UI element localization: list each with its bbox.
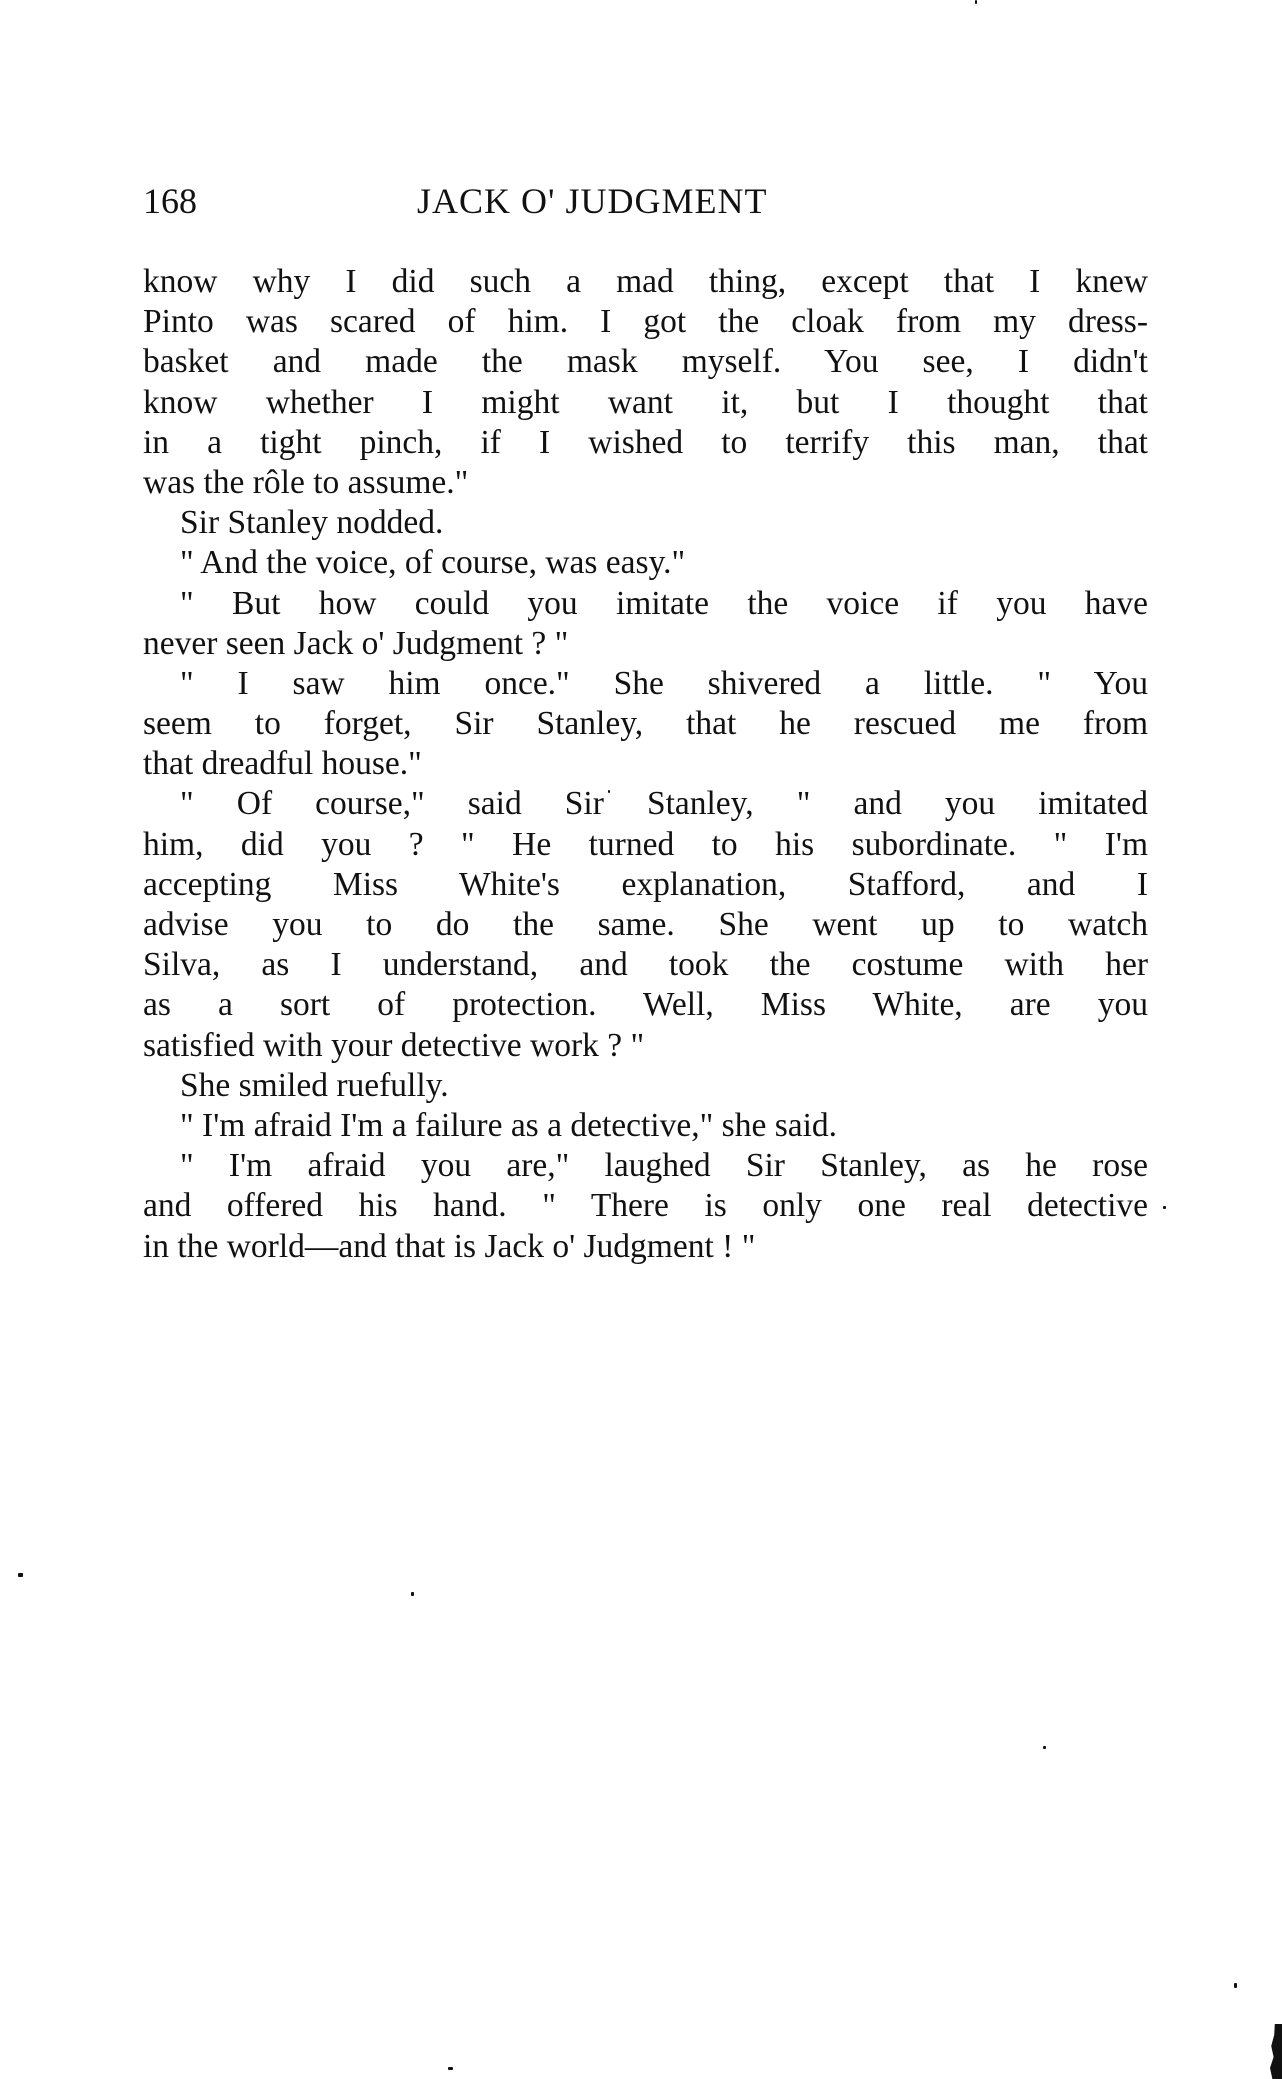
running-title: JACK O' JUDGMENT <box>417 178 768 224</box>
running-header: 168 JACK O' JUDGMENT <box>143 178 1148 224</box>
text-line: never seen Jack o' Judgment ? " <box>143 624 1148 664</box>
scan-speck <box>448 2067 453 2070</box>
text-line: basket and made the mask myself. You see… <box>143 342 1148 382</box>
scan-speck <box>608 790 610 793</box>
scan-speck <box>975 0 977 4</box>
text-line: in a tight pinch, if I wished to terrify… <box>143 423 1148 463</box>
scan-speck <box>411 1592 414 1596</box>
text-line: " I saw him once." She shivered a little… <box>143 664 1148 704</box>
text-line: in the world—and that is Jack o' Judgmen… <box>143 1227 1148 1267</box>
scan-speck <box>1163 1206 1166 1209</box>
body-text: know why I did such a mad thing, except … <box>143 262 1148 1267</box>
page-number: 168 <box>143 178 197 224</box>
text-line: that dreadful house." <box>143 744 1148 784</box>
text-line: " Of course," said Sir Stanley, " and yo… <box>143 784 1148 824</box>
text-line: was the rôle to assume." <box>143 463 1148 503</box>
text-line: seem to forget, Sir Stanley, that he res… <box>143 704 1148 744</box>
text-line: " But how could you imitate the voice if… <box>143 584 1148 624</box>
text-line: him, did you ? " He turned to his subord… <box>143 825 1148 865</box>
text-line: Pinto was scared of him. I got the cloak… <box>143 302 1148 342</box>
page-edge-mark <box>1270 2024 1282 2079</box>
scan-speck <box>1043 1746 1046 1749</box>
text-line: Sir Stanley nodded. <box>143 503 1148 543</box>
text-line: She smiled ruefully. <box>143 1066 1148 1106</box>
text-line: " I'm afraid I'm a failure as a detectiv… <box>143 1106 1148 1146</box>
text-line: as a sort of protection. Well, Miss Whit… <box>143 985 1148 1025</box>
text-line: and offered his hand. " There is only on… <box>143 1186 1148 1226</box>
text-line: Silva, as I understand, and took the cos… <box>143 945 1148 985</box>
text-line: accepting Miss White's explanation, Staf… <box>143 865 1148 905</box>
scan-speck <box>1234 1983 1237 1988</box>
text-line: know why I did such a mad thing, except … <box>143 262 1148 302</box>
book-page: 168 JACK O' JUDGMENT know why I did such… <box>0 0 1284 2079</box>
text-line: advise you to do the same. She went up t… <box>143 905 1148 945</box>
scan-speck <box>18 1573 23 1577</box>
text-line: know whether I might want it, but I thou… <box>143 383 1148 423</box>
text-line: " I'm afraid you are," laughed Sir Stanl… <box>143 1146 1148 1186</box>
text-line: " And the voice, of course, was easy." <box>143 543 1148 583</box>
text-line: satisfied with your detective work ? " <box>143 1026 1148 1066</box>
